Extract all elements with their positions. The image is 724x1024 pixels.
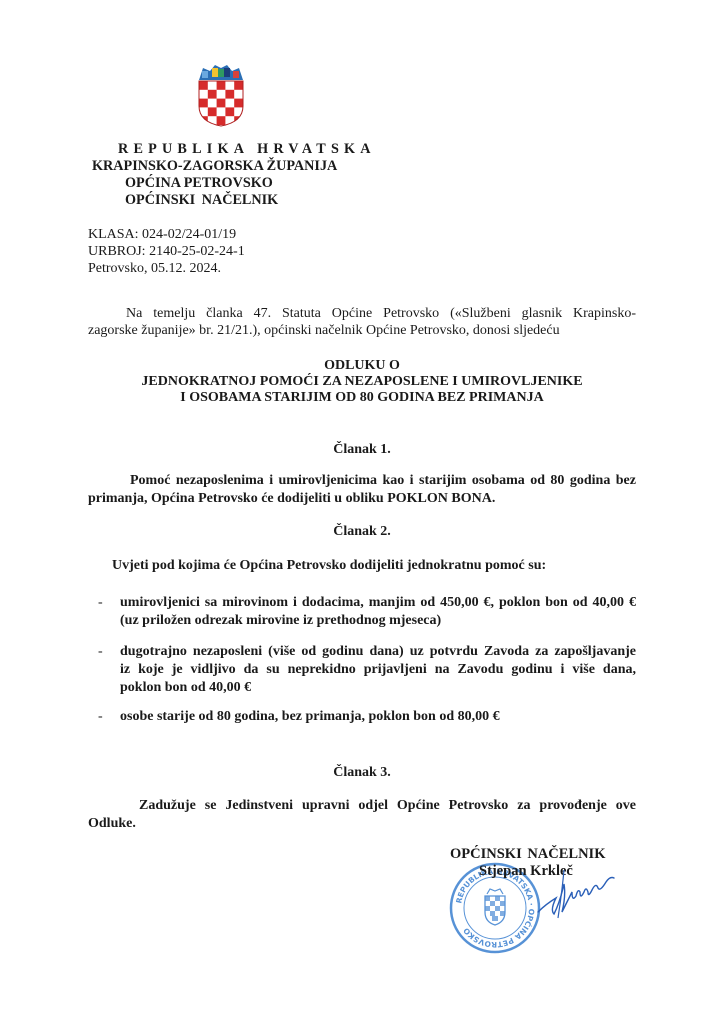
text-line: dugotrajno nezaposleni (više od godinu d… [120, 643, 636, 661]
handwritten-signature-icon [536, 862, 616, 922]
urbroj: URBROJ: 2140-25-02-24-1 [88, 243, 245, 260]
header-republic: REPUBLIKA HRVATSKA [118, 141, 376, 158]
header-county: KRAPINSKO-ZAGORSKA ŽUPANIJA [92, 158, 337, 175]
decision-title: JEDNOKRATNOJ POMOĆI ZA NEZAPOSLENE I UMI… [88, 374, 636, 390]
text-line: Odluke. [88, 816, 136, 831]
klasa: KLASA: 024-02/24-01/19 [88, 226, 236, 243]
article-heading: Članak 3. [88, 765, 636, 781]
bullet-dash: - [98, 594, 103, 612]
article-heading: Članak 1. [88, 442, 636, 458]
bullet-dash: - [98, 708, 103, 726]
decision-title: I OSOBAMA STARIJIM OD 80 GODINA BEZ PRIM… [88, 390, 636, 406]
header-mayor: OPĆINSKI NAČELNIK [125, 192, 278, 209]
bullet-dash: - [98, 643, 103, 661]
intro-paragraph: Na temelju članka 47. Statuta Općine Pet… [88, 305, 636, 339]
article-3-text: Zadužuje se Jedinstveni upravni odjel Op… [88, 797, 636, 833]
text-line: osobe starije od 80 godina, bez primanja… [120, 709, 500, 724]
intro-line: Na temelju članka 47. Statuta Općine Pet… [88, 305, 636, 322]
article-1-text: Pomoć nezaposlenima i umirovljenicima ka… [88, 472, 636, 508]
article-heading: Članak 2. [88, 524, 636, 540]
decision-title: ODLUKU O [88, 358, 636, 374]
text-line: umirovljenici sa mirovinom i dodacima, m… [120, 594, 636, 612]
intro-line: zagorske županije» br. 21/21.), općinski… [88, 323, 560, 338]
text-line: iz koje je vidljivo da su neprekidno pri… [120, 661, 636, 679]
croatian-coat-of-arms-icon [193, 62, 249, 128]
text-line: Zadužuje se Jedinstveni upravni odjel Op… [88, 797, 636, 815]
place-date: Petrovsko, 05.12. 2024. [88, 260, 221, 277]
text-line: Pomoć nezaposlenima i umirovljenicima ka… [88, 472, 636, 490]
signatory-title: OPĆINSKI NAČELNIK [450, 846, 605, 863]
header-municipality: OPĆINA PETROVSKO [125, 175, 273, 192]
text-line: primanja, Općina Petrovsko će dodijeliti… [88, 491, 495, 506]
text-line: poklon bon od 40,00 € [120, 680, 251, 695]
article-2-intro: Uvjeti pod kojima će Općina Petrovsko do… [112, 557, 660, 575]
text-line: (uz priložen odrezak mirovine iz prethod… [120, 613, 441, 628]
